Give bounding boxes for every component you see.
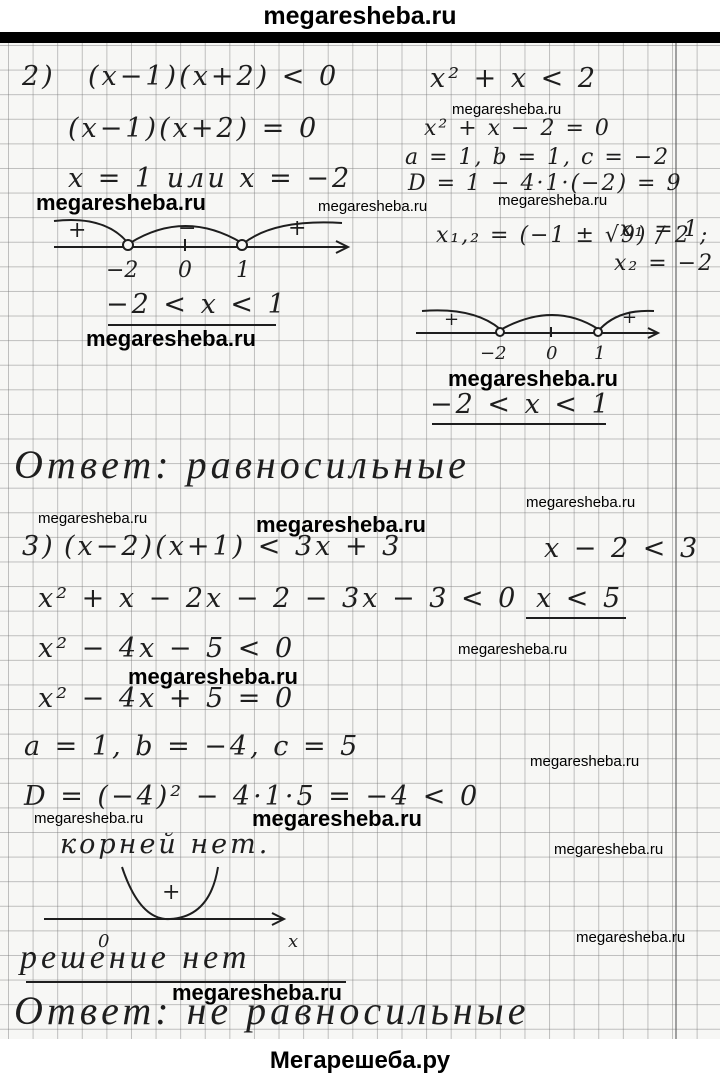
- problem3-right-inequality: x − 2 < 3: [544, 533, 700, 564]
- problem3-simplified: x² − 4x − 5 < 0: [38, 633, 295, 664]
- watermark: megaresheba.ru: [252, 806, 422, 832]
- problem3-expanded: x² + x − 2x − 2 − 3x − 3 < 0: [38, 583, 518, 614]
- solution-underline: [526, 617, 626, 619]
- watermark: megaresheba.ru: [554, 841, 663, 858]
- number-line-right: + − + −2 0 1: [414, 305, 664, 365]
- watermark: megaresheba.ru: [128, 664, 298, 690]
- problem2-label: 2): [22, 61, 56, 92]
- problem3-label: 3): [22, 531, 56, 562]
- point-1: −2: [480, 343, 507, 364]
- problem2-right-coefficients: a = 1, b = 1, c = −2: [405, 145, 670, 170]
- parabola-sign: +: [162, 880, 180, 905]
- axis-x-label: x: [288, 931, 298, 952]
- site-header: megaresheba.ru: [0, 0, 720, 32]
- site-footer: Мегарешеба.ру: [0, 1039, 720, 1082]
- watermark: megaresheba.ru: [318, 198, 427, 215]
- problem3-no-roots: корней нет.: [60, 829, 270, 860]
- watermark: megaresheba.ru: [34, 810, 143, 827]
- problem2-right-root2: x₂ = −2: [614, 251, 714, 276]
- point-2: 0: [546, 343, 557, 364]
- solution-underline: [432, 423, 606, 425]
- problem2-right-equation: x² + x − 2 = 0: [424, 116, 611, 141]
- problem2-solution-left: −2 < x < 1: [106, 289, 288, 320]
- sign-3: +: [622, 307, 637, 328]
- watermark: megaresheba.ru: [448, 366, 618, 392]
- problem3-right-solution: x < 5: [536, 583, 623, 614]
- problem3-no-solution: решение нет: [20, 939, 250, 977]
- watermark: megaresheba.ru: [256, 512, 426, 538]
- header-divider: [0, 32, 720, 43]
- sign-3: +: [288, 216, 306, 241]
- sign-1: +: [444, 309, 459, 330]
- watermark: megaresheba.ru: [36, 190, 206, 216]
- problem3-coefficients: a = 1, b = −4, c = 5: [24, 731, 360, 762]
- watermark: megaresheba.ru: [526, 494, 635, 511]
- problem2-inequality: (x−1)(x+2) < 0: [88, 61, 339, 92]
- watermark: megaresheba.ru: [38, 510, 147, 527]
- watermark: megaresheba.ru: [452, 101, 561, 118]
- point-3: 1: [594, 343, 605, 364]
- problem2-solution-right: −2 < x < 1: [430, 389, 612, 420]
- problem2-equation: (x−1)(x+2) = 0: [68, 113, 319, 144]
- watermark: megaresheba.ru: [172, 980, 342, 1006]
- watermark: megaresheba.ru: [86, 326, 256, 352]
- number-line-left: + − + −2 0 1: [50, 215, 360, 285]
- problem2-right-inequality: x² + x < 2: [430, 63, 598, 94]
- watermark: megaresheba.ru: [458, 641, 567, 658]
- sign-2: −: [544, 305, 559, 326]
- watermark: megaresheba.ru: [498, 192, 607, 209]
- sign-1: +: [68, 218, 86, 243]
- point-3: 1: [236, 258, 250, 283]
- sign-2: −: [178, 216, 196, 241]
- point-2: 0: [178, 258, 192, 283]
- watermark: megaresheba.ru: [576, 929, 685, 946]
- problem2-answer: Ответ: равносильные: [14, 441, 470, 488]
- watermark: megaresheba.ru: [530, 753, 639, 770]
- problem2-right-root1: x₁ = 1: [620, 217, 700, 242]
- point-1: −2: [106, 258, 138, 283]
- parabola-sketch: + 0 x: [40, 861, 310, 951]
